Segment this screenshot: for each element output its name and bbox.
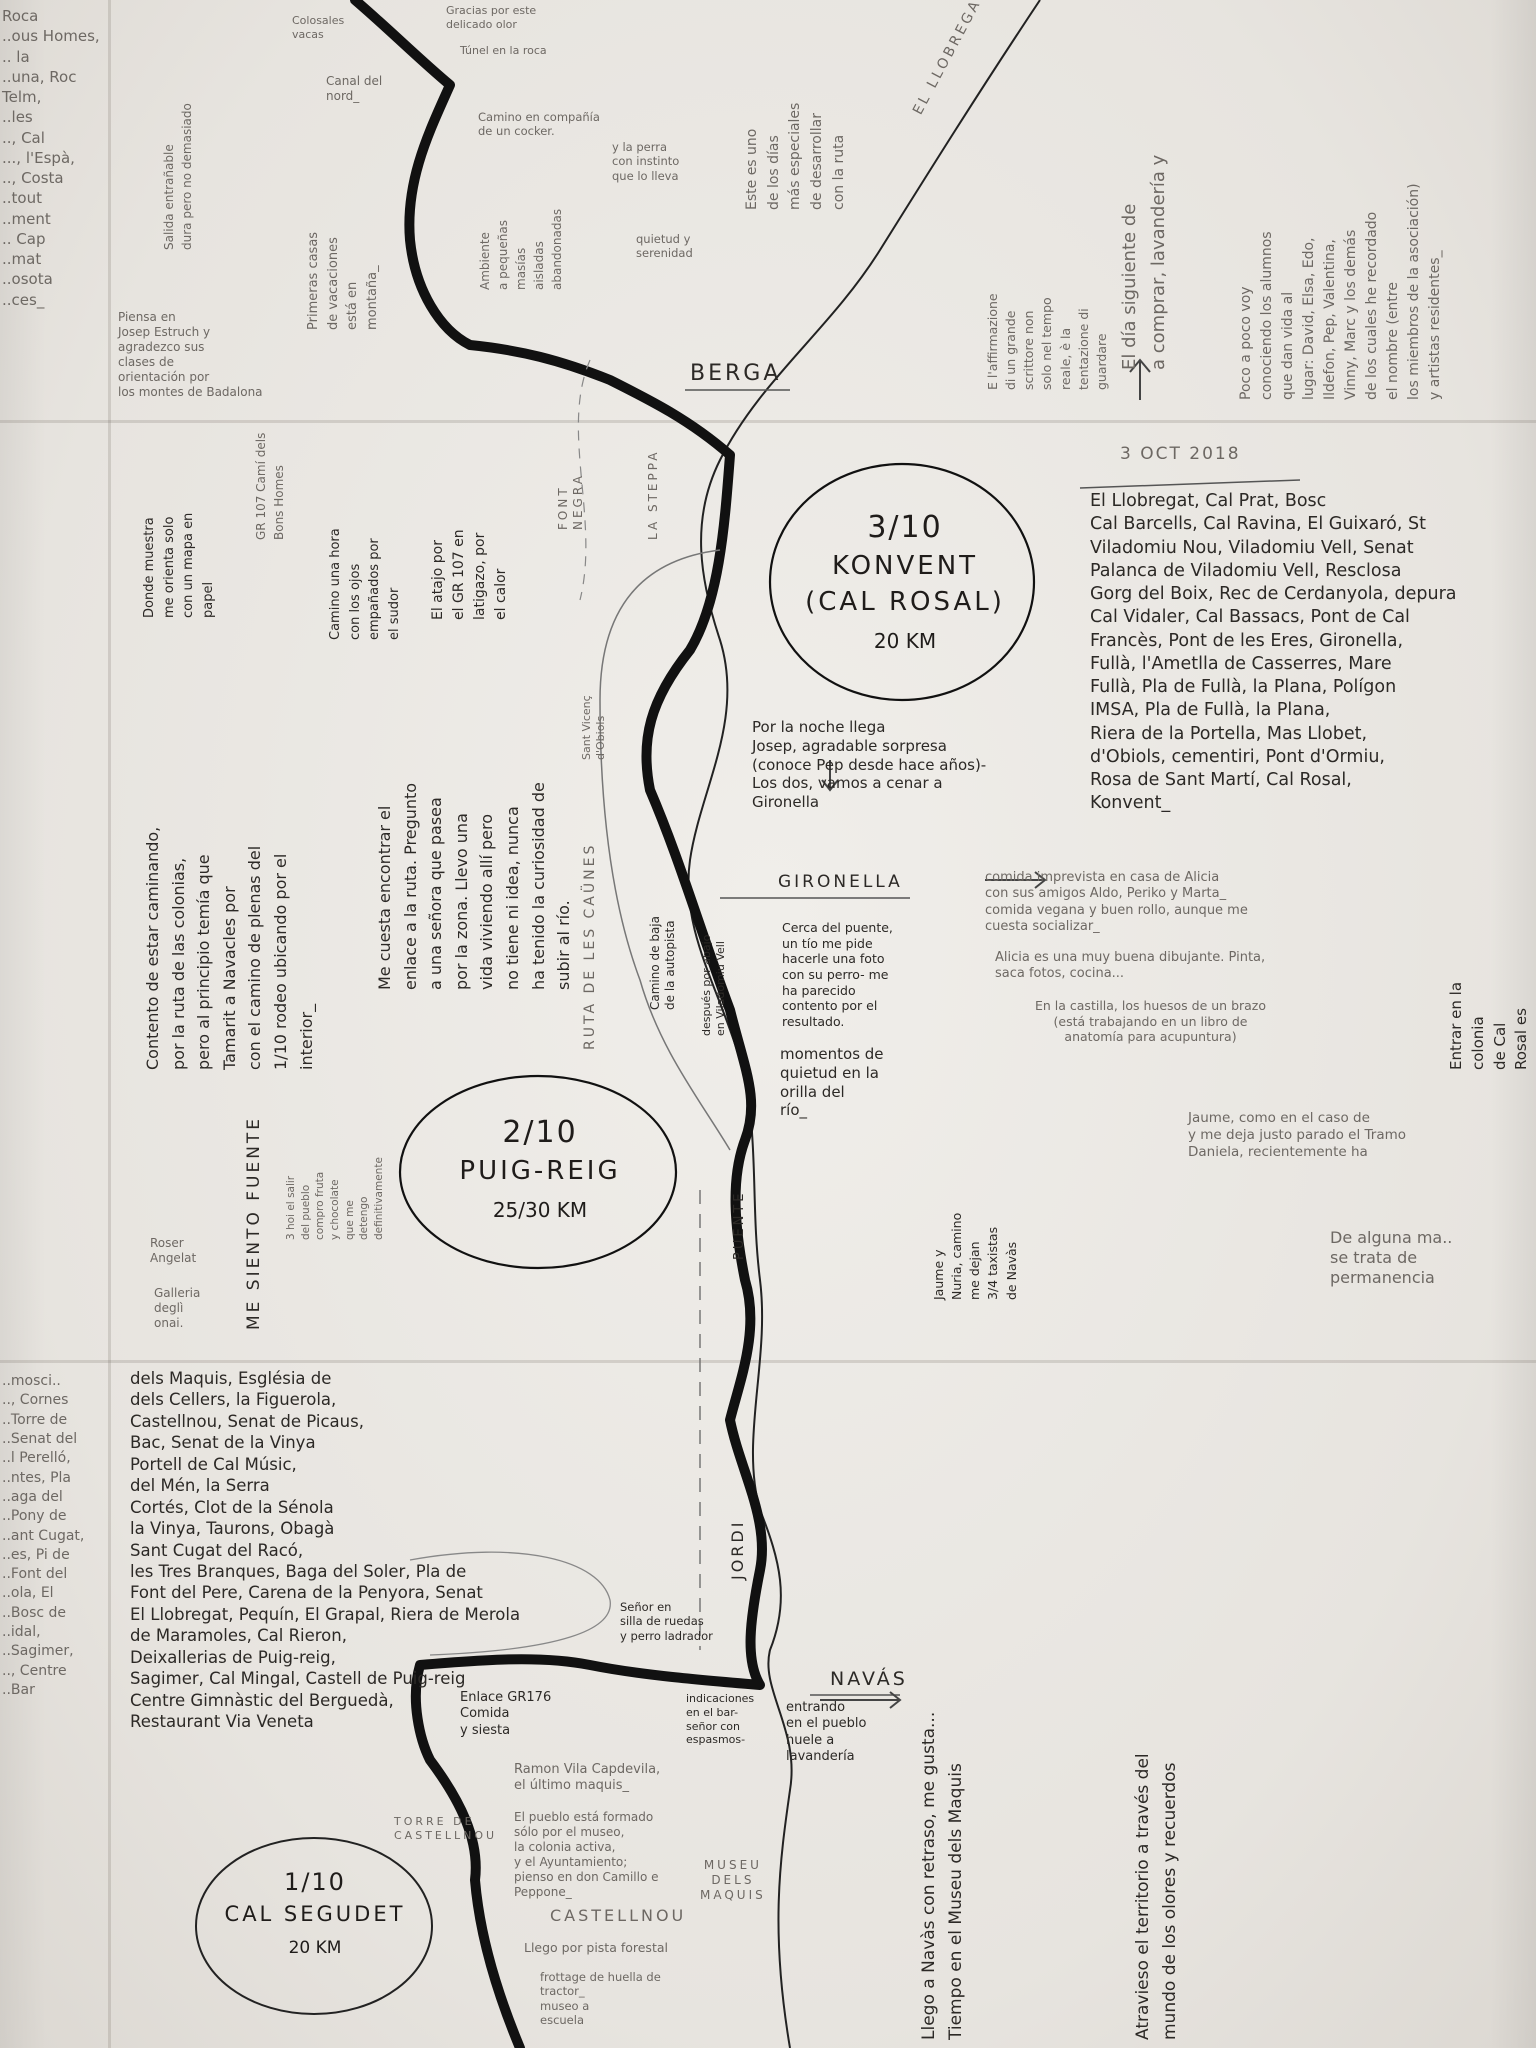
frottage-note: frottage de huella de tractor_ museo a e… xyxy=(540,1970,661,2028)
galleria-note: Galleria deglì onai. xyxy=(154,1286,200,1331)
place-navas: NAVÁS xyxy=(830,1668,908,1692)
vertical-note-mapa: Donde muestra me orienta solo con un map… xyxy=(140,513,218,618)
canal-note: Canal del nord_ xyxy=(326,74,382,104)
gironella-note: Por la noche llega Josep, agradable sorp… xyxy=(752,718,986,812)
alicia-note: Alicia es una muy buena dibujante. Pinta… xyxy=(995,950,1265,983)
gracias-note: Gracias por este delicado olor xyxy=(446,4,536,32)
place-berga: BERGA xyxy=(690,360,781,388)
day2-side-note: 3 hoi el salir del pueblo compro fruta y… xyxy=(284,1157,387,1240)
vertical-note-dia-siguiente: El día siguiente de a comprar, lavanderí… xyxy=(1116,155,1174,370)
left-lower-list: ..mosci.. .., Cornes ..Torre de ..Senat … xyxy=(2,1372,84,1700)
vertical-note-colonia: Entrar en la colonia de Cal Rosal es com… xyxy=(1446,980,1536,1070)
entrando-note: entrando en el pueblo huele a lavandería xyxy=(786,1700,866,1765)
berga-note: Piensa en Josep Estruch y agradezco sus … xyxy=(118,310,263,400)
castilla-note: En la castilla, los huesos de un brazo (… xyxy=(1035,998,1266,1045)
vertical-note-ambiente: Ambiente a pequeñas masías aisladas aban… xyxy=(476,209,566,290)
place-museu-maquis: MUSEU DELS MAQUIS xyxy=(700,1858,766,1903)
stop-date: 2/10 xyxy=(410,1115,670,1150)
stop-distance: 25/30 KM xyxy=(410,1198,670,1222)
vertical-note-sant-vicenc: Sant Vicenç d'Obiols xyxy=(580,695,608,760)
vertical-note-baja: Camino de baja de la autopista xyxy=(648,916,678,1010)
vertical-note-jaume-nuria: Jaume y Nuria, camino me dejan 3/4 taxis… xyxy=(930,1213,1021,1300)
stop-date: 1/10 xyxy=(200,1868,430,1896)
vertical-note-especiales: Este es uno de los días más especiales d… xyxy=(742,103,850,210)
puente-note: Cerca del puente, un tío me pide hacerle… xyxy=(782,920,893,1029)
stop-distance: 20 KM xyxy=(780,629,1030,653)
enlace-note: Enlace GR176 Comida y siesta xyxy=(460,1690,551,1739)
senor-note: Señor en silla de ruedas y perro ladrado… xyxy=(620,1600,713,1643)
vertical-note-gr107: GR 107 Camí dels Bons Homes xyxy=(252,433,288,540)
pista-note: Llego por pista forestal xyxy=(524,1940,668,1956)
day1-place-list: dels Maquis, Església de dels Cellers, l… xyxy=(130,1368,520,1732)
stop-cal-segudet: 1/10 CAL SEGUDET 20 KM xyxy=(200,1868,430,1958)
day3-place-list: El Llobregat, Cal Prat, Bosc Cal Barcell… xyxy=(1090,490,1457,816)
perra-note: y la perra con instinto que lo lleva xyxy=(612,140,679,183)
vertical-note-enlace: Me cuesta encontrar el enlace a la ruta.… xyxy=(372,782,577,990)
place-puente: PUENTE xyxy=(732,1191,748,1260)
colosales-note: Colosales vacas xyxy=(292,14,344,42)
left-edge-list: Roca ..ous Homes, .. la ..una, Roc Telm,… xyxy=(2,6,100,310)
stop-subname: (CAL ROSAL) xyxy=(780,587,1030,617)
place-ruta: RUTA DE LES CAÜNES xyxy=(582,843,600,1050)
vertical-note-atajo: El atajo por el GR 107 en latigazo, por … xyxy=(428,529,512,620)
stop-date: 3/10 xyxy=(780,510,1030,545)
vertical-note-navas: Llego a Navàs con retraso, me gusta... T… xyxy=(916,1712,970,2040)
place-font-negra: FONT NEGRA xyxy=(556,473,586,530)
roser-note: Roser Angelat xyxy=(150,1236,196,1266)
date-header: 3 OCT 2018 xyxy=(1120,444,1241,465)
vertical-note-despues: después por abajo en Viladomiu Vell xyxy=(700,935,728,1036)
vertical-note-contento: Contento de estar caminando, por la ruta… xyxy=(140,827,319,1070)
stop-name: CAL SEGUDET xyxy=(200,1902,430,1926)
vertical-note-primeras: Primeras casas de vacaciones está en mon… xyxy=(304,232,382,330)
vertical-note-italiano: E l'affirmazione di un grande scrittore … xyxy=(984,293,1111,390)
vertical-note-alumnos: Poco a poco voy conociendo los alumnos q… xyxy=(1236,183,1446,400)
vertical-note-salida: Salida entrañable dura pero no demasiado xyxy=(160,103,196,250)
pueblo-note: El pueblo está formado sólo por el museo… xyxy=(514,1810,659,1900)
stop-puig-reig: 2/10 PUIG-REIG 25/30 KM xyxy=(410,1115,670,1222)
place-jordi: JORDI xyxy=(728,1520,748,1580)
stop-konvent: 3/10 KONVENT (CAL ROSAL) 20 KM xyxy=(780,510,1030,653)
comida-note: comida imprevista en casa de Alicia con … xyxy=(985,870,1248,935)
alguna-note: De alguna ma.. se trata de permanencia xyxy=(1330,1228,1452,1288)
stop-name: KONVENT xyxy=(780,551,1030,581)
camino-cocker-note: Camino en compañía de un cocker. xyxy=(478,110,600,139)
indicaciones-note: indicaciones en el bar- señor con espasm… xyxy=(686,1692,754,1747)
vertical-note-atravieso: Atravieso el territorio a través del mun… xyxy=(1130,1753,1184,2040)
place-gironella: GIRONELLA xyxy=(778,872,903,893)
tunel-note: Túnel en la roca xyxy=(460,44,547,58)
stop-name: PUIG-REIG xyxy=(410,1156,670,1186)
vertical-note-camino-hora: Camino una hora con los ojos empañados p… xyxy=(326,528,404,640)
place-me-siento-fuente: ME SIENTO FUENTE xyxy=(244,1116,265,1330)
quietud-serenidad-note: quietud y serenidad xyxy=(636,232,693,261)
place-castellnou: CASTELLNOU xyxy=(550,1906,686,1926)
jaume-note: Jaume, como en el caso de y me deja just… xyxy=(1188,1110,1406,1161)
quietud-note: momentos de quietud en la orilla del río… xyxy=(780,1045,884,1120)
stop-distance: 20 KM xyxy=(200,1938,430,1958)
place-torre-castellnou: TORRE DE CASTELLNOU xyxy=(394,1815,497,1843)
place-la-steppa: LA STEPPA xyxy=(646,450,661,540)
ramon-note: Ramon Vila Capdevila, el último maquis_ xyxy=(514,1762,660,1795)
